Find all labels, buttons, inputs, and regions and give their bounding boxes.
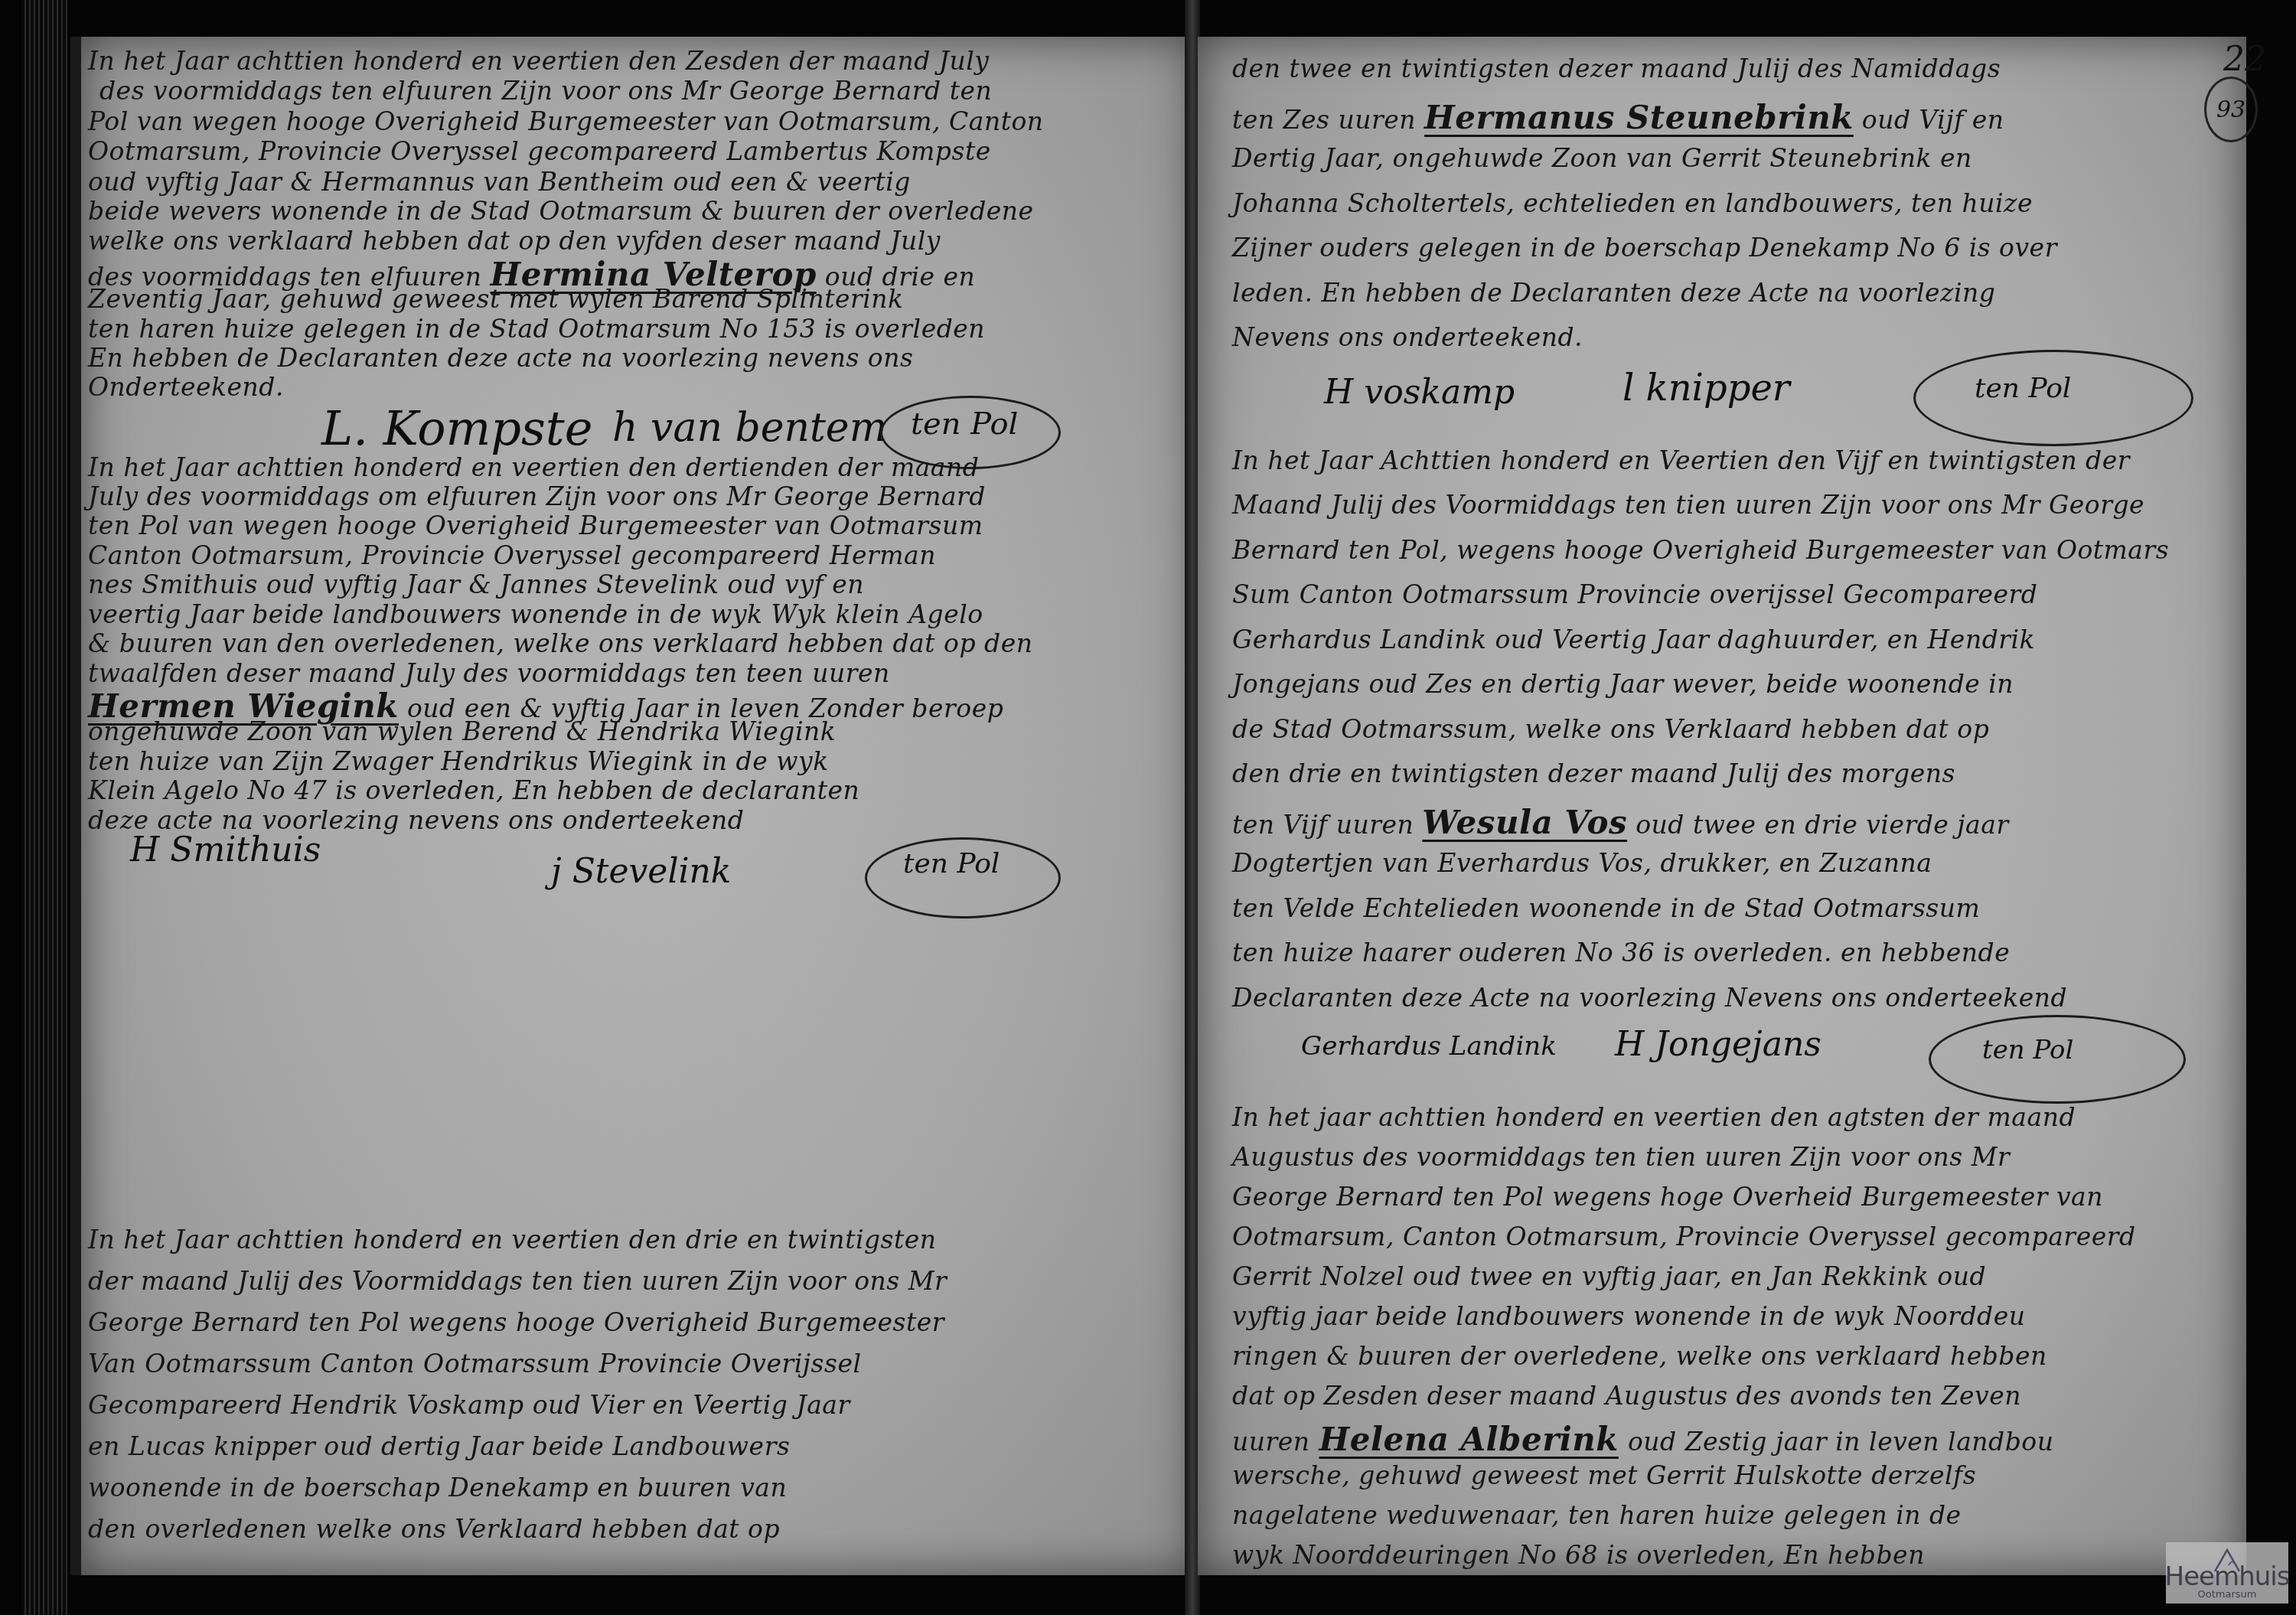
signature: j Stevelink — [551, 852, 732, 891]
text-line: nes Smithuis oud vyftig Jaar & Jannes St… — [88, 569, 864, 599]
text-line: des voormiddags ten elfuuren Zijn voor o… — [99, 76, 992, 106]
text-line: ten Vijf uuren Wesula Vos oud twee en dr… — [1232, 804, 2009, 841]
signature-flourish — [1913, 350, 2193, 446]
deceased-name: Hermanus Steunebrink — [1424, 99, 1854, 136]
text-line: In het Jaar achttien honderd en veertien… — [88, 46, 989, 76]
text-line: den overledenen welke ons Verklaard hebb… — [88, 1514, 780, 1544]
text-line: welke ons verklaard hebben dat op den vy… — [88, 226, 941, 256]
text-line: Onderteekend. — [88, 372, 284, 402]
text-line: den drie en twintigsten dezer maand Juli… — [1232, 759, 1955, 788]
text-line: nagelatene weduwenaar, ten haren huize g… — [1232, 1500, 1962, 1530]
signature: L. Kompste — [321, 400, 592, 456]
text-line: ten Pol van wegen hooge Overigheid Burge… — [88, 511, 983, 540]
watermark-place: Ootmarsum — [2198, 1590, 2257, 1600]
text-line: Ootmarsum, Provincie Overyssel gecompare… — [88, 136, 991, 166]
text-line: Zijner ouders gelegen in de boerschap De… — [1232, 233, 2057, 263]
signature: H Smithuis — [130, 830, 321, 869]
text-line-start: ten Vijf uuren — [1232, 810, 1414, 840]
signature: l knipper — [1623, 367, 1790, 409]
text-line: In het Jaar Achttien honderd en Veertien… — [1232, 445, 2130, 475]
text-line: ringen & buuren der overledene, welke on… — [1232, 1341, 2047, 1371]
text-line: Dertig Jaar, ongehuwde Zoon van Gerrit S… — [1232, 143, 1972, 173]
text-line: Declaranten deze Acte na voorlezing Neve… — [1232, 983, 2067, 1013]
text-line: wyk Noorddeuringen No 68 is overleden, E… — [1232, 1540, 1925, 1570]
text-line: veertig Jaar beide landbouwers wonende i… — [88, 599, 983, 629]
signature-flourish — [1929, 1015, 2186, 1104]
text-line-end: oud Vijf en — [1862, 105, 2004, 135]
text-line: Gerrit Nolzel oud twee en vyftig jaar, e… — [1232, 1261, 1986, 1291]
signature: Gerhardus Landink — [1301, 1031, 1557, 1062]
text-line: Gerhardus Landink oud Veertig Jaar daghu… — [1232, 625, 2035, 654]
text-line: In het jaar achttien honderd en veertien… — [1232, 1102, 2076, 1132]
text-line: Canton Ootmarsum, Provincie Overyssel ge… — [88, 540, 936, 570]
deceased-name: Helena Alberink — [1319, 1421, 1619, 1458]
text-line: dat op Zesden deser maand Augustus des a… — [1232, 1381, 2021, 1411]
deceased-name: Wesula Vos — [1422, 804, 1627, 841]
text-line: Klein Agelo No 47 is overleden, En hebbe… — [88, 775, 859, 805]
text-line: In het Jaar achttien honderd en veertien… — [88, 1225, 937, 1254]
text-line: En hebben de Declaranten deze acte na vo… — [88, 343, 913, 373]
text-line: den twee en twintigsten dezer maand Juli… — [1232, 54, 2001, 83]
text-line: Gecompareerd Hendrik Voskamp oud Vier en… — [88, 1390, 850, 1420]
text-line: oud vyftig Jaar & Hermannus van Bentheim… — [88, 167, 911, 197]
text-line: ten Velde Echtelieden woonende in de Sta… — [1232, 893, 1980, 923]
text-line: Dogtertjen van Everhardus Vos, drukker, … — [1232, 848, 1932, 878]
text-line: Jongejans oud Zes en dertig Jaar wever, … — [1232, 669, 2014, 699]
text-line: ten huize haarer ouderen No 36 is overle… — [1232, 938, 2010, 967]
signature: h van bentem — [612, 405, 887, 451]
text-line: Zeventig Jaar, gehuwd geweest met wylen … — [88, 284, 904, 314]
page-number: 22 — [2223, 40, 2266, 79]
signature: H voskamp — [1324, 373, 1515, 412]
text-line: Sum Canton Ootmarssum Provincie overijss… — [1232, 579, 2037, 609]
text-line: Ootmarsum, Canton Ootmarsum, Provincie O… — [1232, 1222, 2136, 1251]
text-line: & buuren van den overledenen, welke ons … — [88, 628, 1032, 658]
text-line: leden. En hebben de Declaranten deze Act… — [1232, 278, 1995, 308]
text-line: Van Ootmarssum Canton Ootmarssum Provinc… — [88, 1349, 862, 1378]
text-line: Pol van wegen hooge Overigheid Burgemees… — [88, 106, 1044, 136]
text-line: wersche, gehuwd geweest met Gerrit Hulsk… — [1232, 1460, 1976, 1490]
signature: H Jongejans — [1615, 1025, 1821, 1064]
text-line: Bernard ten Pol, wegens hooge Overigheid… — [1232, 535, 2169, 565]
book-binding-edge — [21, 0, 67, 1615]
text-line: ten Zes uuren Hermanus Steunebrink oud V… — [1232, 99, 2004, 136]
text-line: vyftig jaar beide landbouwers wonende in… — [1232, 1301, 2025, 1331]
text-line: ten huize van Zijn Zwager Hendrikus Wieg… — [88, 746, 829, 776]
text-line: ten haren huize gelegen in de Stad Ootma… — [88, 314, 985, 344]
text-line: ongehuwde Zoon van wylen Berend & Hendri… — [88, 716, 836, 746]
text-line: uurenHelena Alberinkoud Zestig jaar in l… — [1232, 1421, 2053, 1458]
text-line: Nevens ons onderteekend. — [1232, 322, 1583, 352]
text-line-start: ten Zes uuren — [1232, 105, 1416, 135]
text-line: Augustus des voormiddags ten tien uuren … — [1232, 1142, 2010, 1172]
house-roof-icon — [2212, 1545, 2242, 1576]
signature-flourish — [865, 837, 1061, 918]
text-line: en Lucas knipper oud dertig Jaar beide L… — [88, 1431, 790, 1461]
text-line: de Stad Ootmarssum, welke ons Verklaard … — [1232, 714, 1989, 744]
text-line: woonende in de boerschap Denekamp en buu… — [88, 1473, 787, 1502]
text-line: George Bernard ten Pol wegens hoge Overh… — [1232, 1182, 2103, 1212]
text-line: In het Jaar achttien honderd en veertien… — [88, 452, 979, 482]
text-line: July des voormiddags om elfuuren Zijn vo… — [88, 481, 986, 511]
heemhuis-watermark: Heemhuis Ootmarsum — [2166, 1542, 2288, 1604]
text-line: Maand Julij des Voormiddags ten tien uur… — [1232, 490, 2144, 520]
text-line-start: uuren — [1232, 1427, 1310, 1457]
text-line: Johanna Scholtertels, echtelieden en lan… — [1232, 188, 2033, 218]
text-line: twaalfden deser maand July des voormidda… — [88, 658, 890, 688]
text-line: der maand Julij des Voormiddags ten tien… — [88, 1266, 947, 1296]
text-line: George Bernard ten Pol wegens hooge Over… — [88, 1307, 944, 1337]
text-line-end: oud Zestig jaar in leven landbou — [1628, 1427, 2054, 1457]
text-line: beide wevers wonende in de Stad Ootmarsu… — [88, 196, 1034, 226]
folio-mark: 93 — [2204, 77, 2258, 142]
folio-number: 93 — [2216, 96, 2245, 123]
text-line-end: oud twee en drie vierde jaar — [1636, 810, 2009, 840]
